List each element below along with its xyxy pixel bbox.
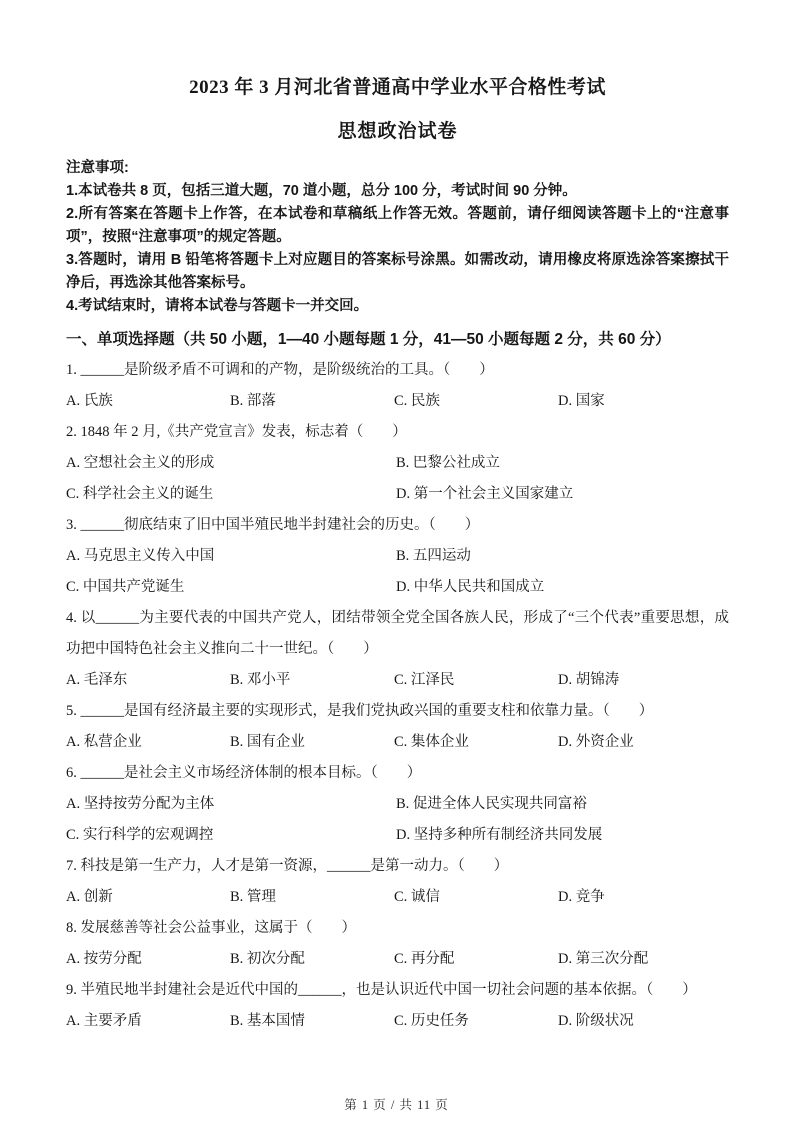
question-1-option-b: B. 部落 <box>230 386 394 417</box>
question-7: 7. 科技是第一生产力，人才是第一资源，______是第一动力。（ ） A. 创… <box>66 851 729 913</box>
question-8: 8. 发展慈善等社会公益事业，这属于（ ） A. 按劳分配 B. 初次分配 C.… <box>66 913 729 975</box>
question-9-option-d: D. 阶级状况 <box>558 1006 729 1037</box>
question-5-options: A. 私营企业 B. 国有企业 C. 集体企业 D. 外资企业 <box>66 727 729 758</box>
question-4-options: A. 毛泽东 B. 邓小平 C. 江泽民 D. 胡锦涛 <box>66 665 729 696</box>
question-2: 2. 1848 年 2 月,《共产党宣言》发表，标志着（ ） A. 空想社会主义… <box>66 417 729 510</box>
question-2-option-c: C. 科学社会主义的诞生 <box>66 479 396 510</box>
question-4: 4. 以______为主要代表的中国共产党人，团结带领全党全国各族人民，形成了“… <box>66 603 729 696</box>
question-6-options: A. 坚持按劳分配为主体 B. 促进全体人民实现共同富裕 C. 实行科学的宏观调… <box>66 789 729 851</box>
notice-section: 注意事项: 1.本试卷共 8 页，包括三道大题，70 道小题，总分 100 分，… <box>66 157 729 318</box>
question-9-text: 9. 半殖民地半封建社会是近代中国的______，也是认识近代中国一切社会问题的… <box>66 975 729 1006</box>
question-5-option-d: D. 外资企业 <box>558 727 729 758</box>
question-8-option-d: D. 第三次分配 <box>558 944 729 975</box>
question-6-option-c: C. 实行科学的宏观调控 <box>66 820 396 851</box>
question-8-option-c: C. 再分配 <box>394 944 558 975</box>
question-3: 3. ______彻底结束了旧中国半殖民地半封建社会的历史。（ ） A. 马克思… <box>66 510 729 603</box>
question-7-option-d: D. 竞争 <box>558 882 729 913</box>
notice-item-2: 2.所有答案在答题卡上作答，在本试卷和草稿纸上作答无效。答题前，请仔细阅读答题卡… <box>66 203 729 249</box>
notice-item-3: 3.答题时，请用 B 铅笔将答题卡上对应题目的答案标号涂黑。如需改动，请用橡皮将… <box>66 249 729 295</box>
question-4-option-d: D. 胡锦涛 <box>558 665 729 696</box>
question-7-option-b: B. 管理 <box>230 882 394 913</box>
question-2-option-a: A. 空想社会主义的形成 <box>66 448 396 479</box>
question-2-option-d: D. 第一个社会主义国家建立 <box>396 479 729 510</box>
question-8-option-a: A. 按劳分配 <box>66 944 230 975</box>
question-6-option-a: A. 坚持按劳分配为主体 <box>66 789 396 820</box>
question-8-option-b: B. 初次分配 <box>230 944 394 975</box>
question-6-option-b: B. 促进全体人民实现共同富裕 <box>396 789 729 820</box>
question-5-text: 5. ______是国有经济最主要的实现形式，是我们党执政兴国的重要支柱和依靠力… <box>66 696 729 727</box>
question-1-options: A. 氏族 B. 部落 C. 民族 D. 国家 <box>66 386 729 417</box>
exam-page: 2023 年 3 月河北省普通高中学业水平合格性考试 思想政治试卷 注意事项: … <box>0 0 793 1122</box>
question-5: 5. ______是国有经济最主要的实现形式，是我们党执政兴国的重要支柱和依靠力… <box>66 696 729 758</box>
notice-heading: 注意事项: <box>66 157 729 180</box>
question-1-option-a: A. 氏族 <box>66 386 230 417</box>
question-9: 9. 半殖民地半封建社会是近代中国的______，也是认识近代中国一切社会问题的… <box>66 975 729 1037</box>
question-2-option-b: B. 巴黎公社成立 <box>396 448 729 479</box>
exam-subtitle: 思想政治试卷 <box>66 116 729 143</box>
question-1-option-c: C. 民族 <box>394 386 558 417</box>
question-3-option-a: A. 马克思主义传入中国 <box>66 541 396 572</box>
question-6: 6. ______是社会主义市场经济体制的根本目标。（ ） A. 坚持按劳分配为… <box>66 758 729 851</box>
question-8-text: 8. 发展慈善等社会公益事业，这属于（ ） <box>66 913 729 944</box>
question-7-option-a: A. 创新 <box>66 882 230 913</box>
question-3-option-c: C. 中国共产党诞生 <box>66 572 396 603</box>
question-5-option-a: A. 私营企业 <box>66 727 230 758</box>
question-1: 1. ______是阶级矛盾不可调和的产物，是阶级统治的工具。（ ） A. 氏族… <box>66 355 729 417</box>
question-3-option-b: B. 五四运动 <box>396 541 729 572</box>
question-5-option-c: C. 集体企业 <box>394 727 558 758</box>
questions-list: 1. ______是阶级矛盾不可调和的产物，是阶级统治的工具。（ ） A. 氏族… <box>66 355 729 1037</box>
question-8-options: A. 按劳分配 B. 初次分配 C. 再分配 D. 第三次分配 <box>66 944 729 975</box>
question-9-options: A. 主要矛盾 B. 基本国情 C. 历史任务 D. 阶级状况 <box>66 1006 729 1037</box>
question-1-option-d: D. 国家 <box>558 386 729 417</box>
question-3-text: 3. ______彻底结束了旧中国半殖民地半封建社会的历史。（ ） <box>66 510 729 541</box>
question-7-option-c: C. 诚信 <box>394 882 558 913</box>
notice-item-1: 1.本试卷共 8 页，包括三道大题，70 道小题，总分 100 分，考试时间 9… <box>66 180 729 203</box>
question-4-text: 4. 以______为主要代表的中国共产党人，团结带领全党全国各族人民，形成了“… <box>66 603 729 665</box>
question-2-text: 2. 1848 年 2 月,《共产党宣言》发表，标志着（ ） <box>66 417 729 448</box>
notice-item-4: 4.考试结束时，请将本试卷与答题卡一并交回。 <box>66 295 729 318</box>
question-9-option-b: B. 基本国情 <box>230 1006 394 1037</box>
question-1-text: 1. ______是阶级矛盾不可调和的产物，是阶级统治的工具。（ ） <box>66 355 729 386</box>
question-4-option-c: C. 江泽民 <box>394 665 558 696</box>
question-4-option-b: B. 邓小平 <box>230 665 394 696</box>
question-3-option-d: D. 中华人民共和国成立 <box>396 572 729 603</box>
question-5-option-b: B. 国有企业 <box>230 727 394 758</box>
question-2-options: A. 空想社会主义的形成 B. 巴黎公社成立 C. 科学社会主义的诞生 D. 第… <box>66 448 729 510</box>
question-9-option-a: A. 主要矛盾 <box>66 1006 230 1037</box>
section-heading: 一、单项选择题（共 50 小题，1—40 小题每题 1 分，41—50 小题每题… <box>66 325 729 355</box>
question-6-option-d: D. 坚持多种所有制经济共同发展 <box>396 820 729 851</box>
question-9-option-c: C. 历史任务 <box>394 1006 558 1037</box>
page-footer: 第 1 页 / 共 11 页 <box>0 1095 793 1113</box>
question-7-text: 7. 科技是第一生产力，人才是第一资源，______是第一动力。（ ） <box>66 851 729 882</box>
question-7-options: A. 创新 B. 管理 C. 诚信 D. 竞争 <box>66 882 729 913</box>
question-3-options: A. 马克思主义传入中国 B. 五四运动 C. 中国共产党诞生 D. 中华人民共… <box>66 541 729 603</box>
page-indicator: 第 1 页 / 共 11 页 <box>344 1098 449 1112</box>
question-4-option-a: A. 毛泽东 <box>66 665 230 696</box>
page-title: 2023 年 3 月河北省普通高中学业水平合格性考试 <box>66 72 729 99</box>
question-6-text: 6. ______是社会主义市场经济体制的根本目标。（ ） <box>66 758 729 789</box>
